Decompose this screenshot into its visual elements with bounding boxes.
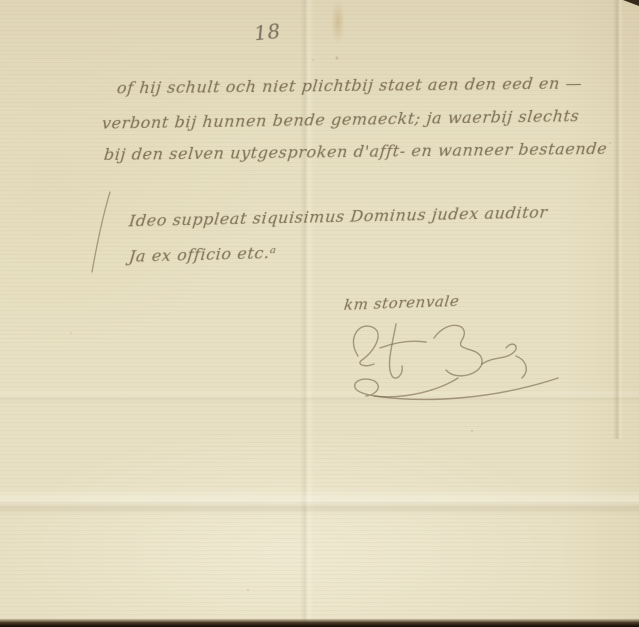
latin-line-2: Ja ex officio etc.ᵃ [128,243,277,266]
margin-bracket-stroke [86,190,116,275]
paper-bottom-edge [0,619,639,627]
horizontal-fold-crease [0,488,639,514]
top-right-corner-shadow [623,0,639,6]
signature-flourish [330,312,565,404]
page-number: 18 [253,19,282,46]
right-edge-fold [613,0,623,439]
manuscript-page: 18 of hij schult och niet plichtbij stae… [0,0,639,627]
